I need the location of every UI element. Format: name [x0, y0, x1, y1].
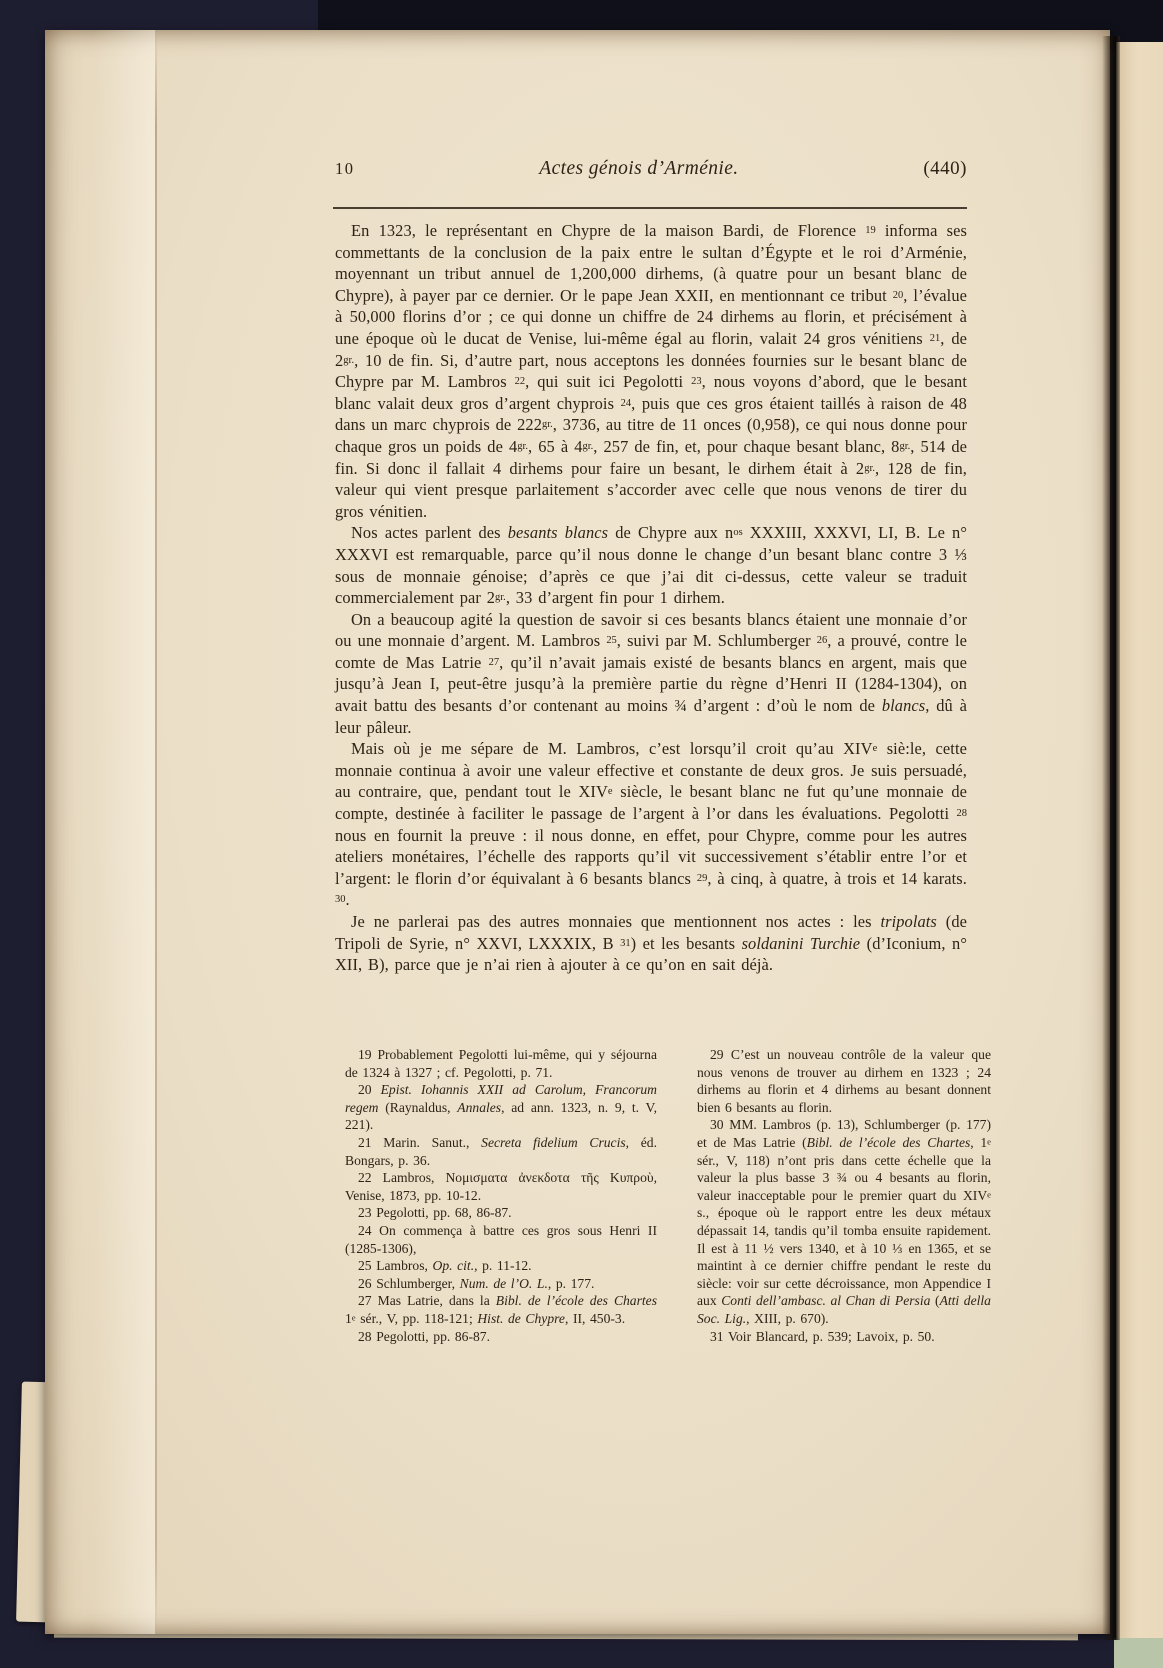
- footnote: 29 C’est un nouveau contrôle de la valeu…: [697, 1046, 991, 1116]
- footnote: 25 Lambros, Op. cit., p. 11-12.: [345, 1257, 657, 1275]
- header-rule: [333, 207, 967, 209]
- back-cover-strip: [1114, 1638, 1163, 1668]
- paragraph: On a beaucoup agité la question de savoi…: [335, 609, 967, 739]
- paragraph: Nos actes parlent des besants blancs de …: [335, 522, 967, 608]
- footnote: 22 Lambros, Νομισματα ἀνεκδοτα τῆς Κυπρο…: [345, 1169, 657, 1204]
- paragraph: Je ne parlerai pas des autres monnaies q…: [335, 911, 967, 976]
- book-scan: 10 Actes génois d’Arménie. (440) En 1323…: [0, 0, 1163, 1668]
- footnote: 31 Voir Blancard, p. 539; Lavoix, p. 50.: [697, 1328, 991, 1346]
- main-page: 10 Actes génois d’Arménie. (440) En 1323…: [45, 30, 1110, 1634]
- paragraph: Mais où je me sépare de M. Lambros, c’es…: [335, 738, 967, 911]
- footnote: 27 Mas Latrie, dans la Bibl. de l’école …: [345, 1292, 657, 1327]
- footnote: 24 On commença à battre ces gros sous He…: [345, 1222, 657, 1257]
- page-header: 10 Actes génois d’Arménie. (440): [335, 158, 967, 180]
- footnote: 30 MM. Lambros (p. 13), Schlumberger (p.…: [697, 1116, 991, 1327]
- running-title: Actes génois d’Arménie.: [355, 158, 924, 180]
- footnote: 19 Probablement Pegolotti lui-même, qui …: [345, 1046, 657, 1081]
- footnotes: 19 Probablement Pegolotti lui-même, qui …: [345, 1046, 991, 1345]
- footnote: 28 Pegolotti, pp. 86-87.: [345, 1328, 657, 1346]
- footnote: 20 Epist. Iohannis XXII ad Carolum, Fran…: [345, 1081, 657, 1134]
- folio-number: (440): [923, 158, 967, 180]
- footnote-column-right: 29 C’est un nouveau contrôle de la valeu…: [697, 1046, 991, 1345]
- page-crease: [155, 30, 157, 1634]
- footnote: 26 Schlumberger, Num. de l’O. L., p. 177…: [345, 1275, 657, 1293]
- paragraph: En 1323, le représentant en Chypre de la…: [335, 220, 967, 522]
- page-number: 10: [335, 159, 355, 179]
- footnote: 21 Marin. Sanut., Secreta fidelium Cruci…: [345, 1134, 657, 1169]
- footnote: 23 Pegolotti, pp. 68, 86-87.: [345, 1204, 657, 1222]
- gutter-shadow: [1102, 36, 1120, 1640]
- adjacent-page-edge: [1116, 42, 1163, 1640]
- footnote-column-left: 19 Probablement Pegolotti lui-même, qui …: [345, 1046, 657, 1345]
- body-text: En 1323, le représentant en Chypre de la…: [335, 220, 967, 976]
